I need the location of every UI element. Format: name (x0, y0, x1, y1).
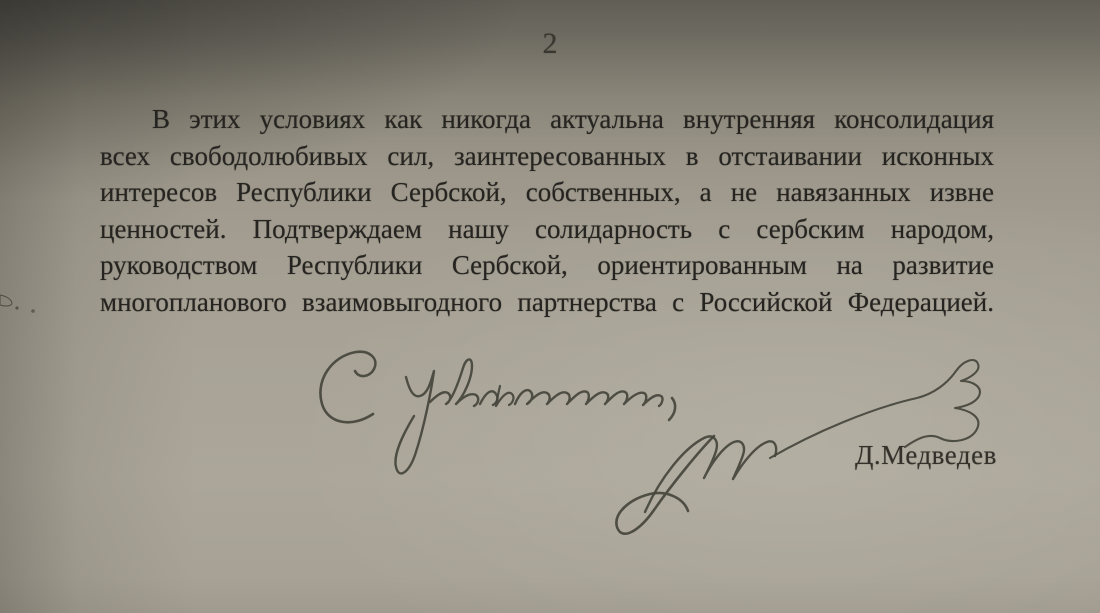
page-number: 2 (0, 27, 1100, 61)
paragraph-line: ценностей. Подтверждаем нашу солидарност… (100, 211, 994, 248)
body-paragraph: В этих условиях как никогда актуальна вн… (100, 101, 994, 320)
document-photo: 2 В этих условиях как никогда актуальна … (0, 0, 1100, 613)
paragraph-line: интересов Республики Сербской, собственн… (100, 174, 994, 211)
paragraph-line: всех свободолюбивых сил, заинтересованны… (100, 138, 994, 175)
paragraph-line: В этих условиях как никогда актуальна вн… (100, 101, 994, 138)
ink-smudge (0, 295, 35, 313)
handwritten-closing (320, 352, 675, 474)
paragraph-line: многопланового взаимовыгодного партнерст… (100, 284, 994, 321)
signer-name: Д.Медведев (855, 440, 997, 471)
paragraph-line: руководством Республики Сербской, ориент… (100, 247, 994, 284)
